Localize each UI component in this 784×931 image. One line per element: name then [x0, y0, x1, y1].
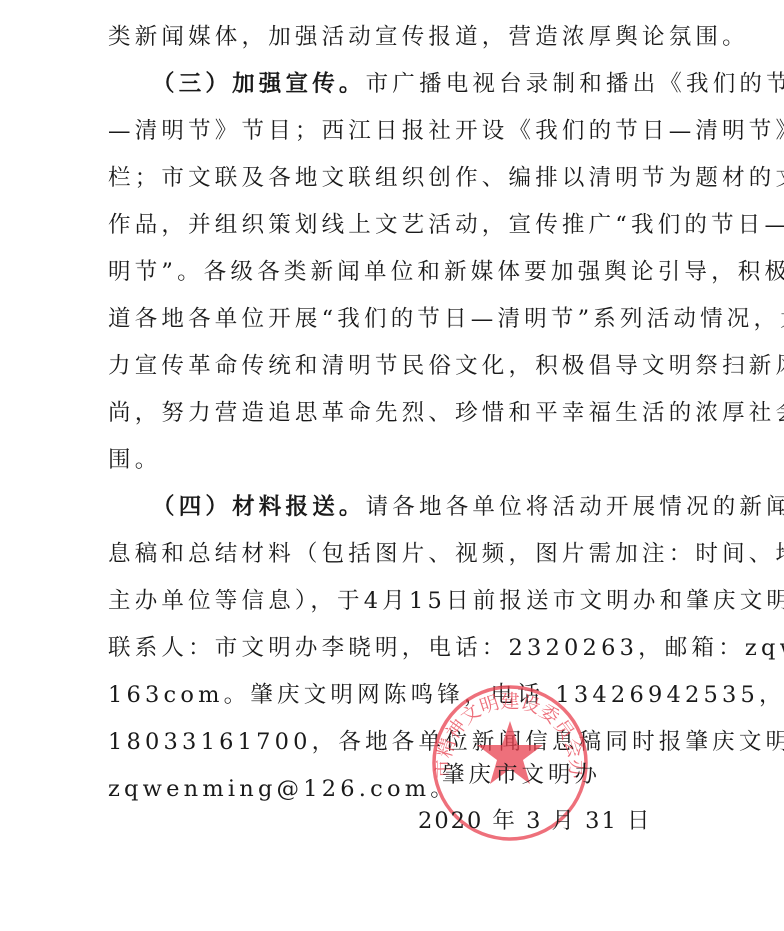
text-line: 力宣传革命传统和清明节民俗文化，积极倡导文明祭扫新风: [108, 351, 688, 381]
signature-date: 2020 年 3 月 31 日: [418, 806, 651, 836]
text-line: —清明节》节目；西江日报社开设《我们的节日—清明节》专: [108, 116, 688, 146]
section-4-text: 请各地各单位将活动开展情况的新闻信: [366, 494, 784, 520]
text-line: 作品，并组织策划线上文艺活动，宣传推广“我们的节日—清: [108, 210, 688, 240]
text-line: 主办单位等信息），于4月15日前报送市文明办和肇庆文明网，: [108, 586, 688, 616]
section-3-first-line: （三）加强宣传。市广播电视台录制和播出《我们的节日: [152, 69, 688, 99]
text-line: 围。: [108, 445, 688, 475]
text-line: 163com。肇庆文明网陈鸣锋，电话 13426942535，邝少云: [108, 680, 688, 710]
text-line: 栏；市文联及各地文联组织创作、编排以清明节为题材的文艺: [108, 163, 688, 193]
text-line: 联系人：市文明办李晓明，电话：2320263，邮箱：zqwmb@: [108, 633, 688, 663]
text-line: 息稿和总结材料（包括图片、视频，图片需加注：时间、地点、: [108, 539, 688, 569]
text-line: 尚，努力营造追思革命先烈、珍惜和平幸福生活的浓厚社会氛: [108, 398, 688, 428]
document-page: 类新闻媒体，加强活动宣传报道，营造浓厚舆论氛围。 （三）加强宣传。市广播电视台录…: [0, 0, 784, 931]
section-4-first-line: （四）材料报送。请各地各单位将活动开展情况的新闻信: [152, 492, 688, 522]
text-line: 道各地各单位开展“我们的节日—清明节”系列活动情况，大: [108, 304, 688, 334]
section-3-text: 市广播电视台录制和播出《我们的节日: [366, 71, 784, 97]
text-line: 明节”。各级各类新闻单位和新媒体要加强舆论引导，积极报: [108, 257, 688, 287]
section-3-heading: （三）加强宣传。: [152, 71, 366, 97]
section-4-heading: （四）材料报送。: [152, 494, 366, 520]
text-line: 18033161700，各地各单位新闻信息稿同时报肇庆文明网邮箱: [108, 727, 688, 757]
signature-organization: 肇庆市文明办: [442, 760, 601, 790]
text-line: 类新闻媒体，加强活动宣传报道，营造浓厚舆论氛围。: [108, 22, 688, 52]
